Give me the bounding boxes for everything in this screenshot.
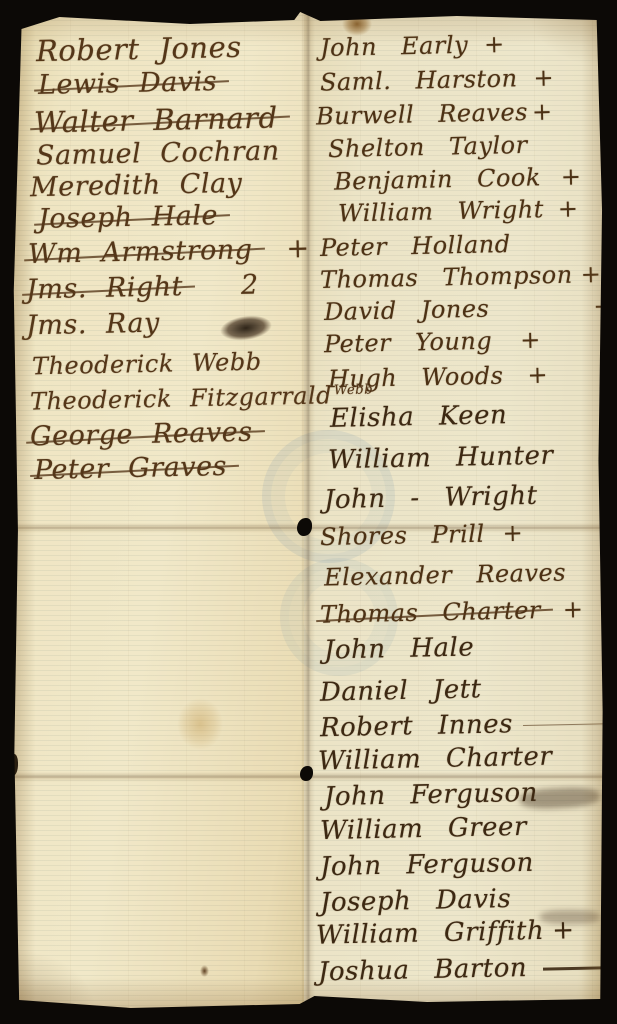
edge-shading <box>12 10 605 1012</box>
scanned-document: Robert JonesLewis DavisWalter BarnardSam… <box>0 0 617 1024</box>
manuscript-paper: Robert JonesLewis DavisWalter BarnardSam… <box>12 10 605 1012</box>
